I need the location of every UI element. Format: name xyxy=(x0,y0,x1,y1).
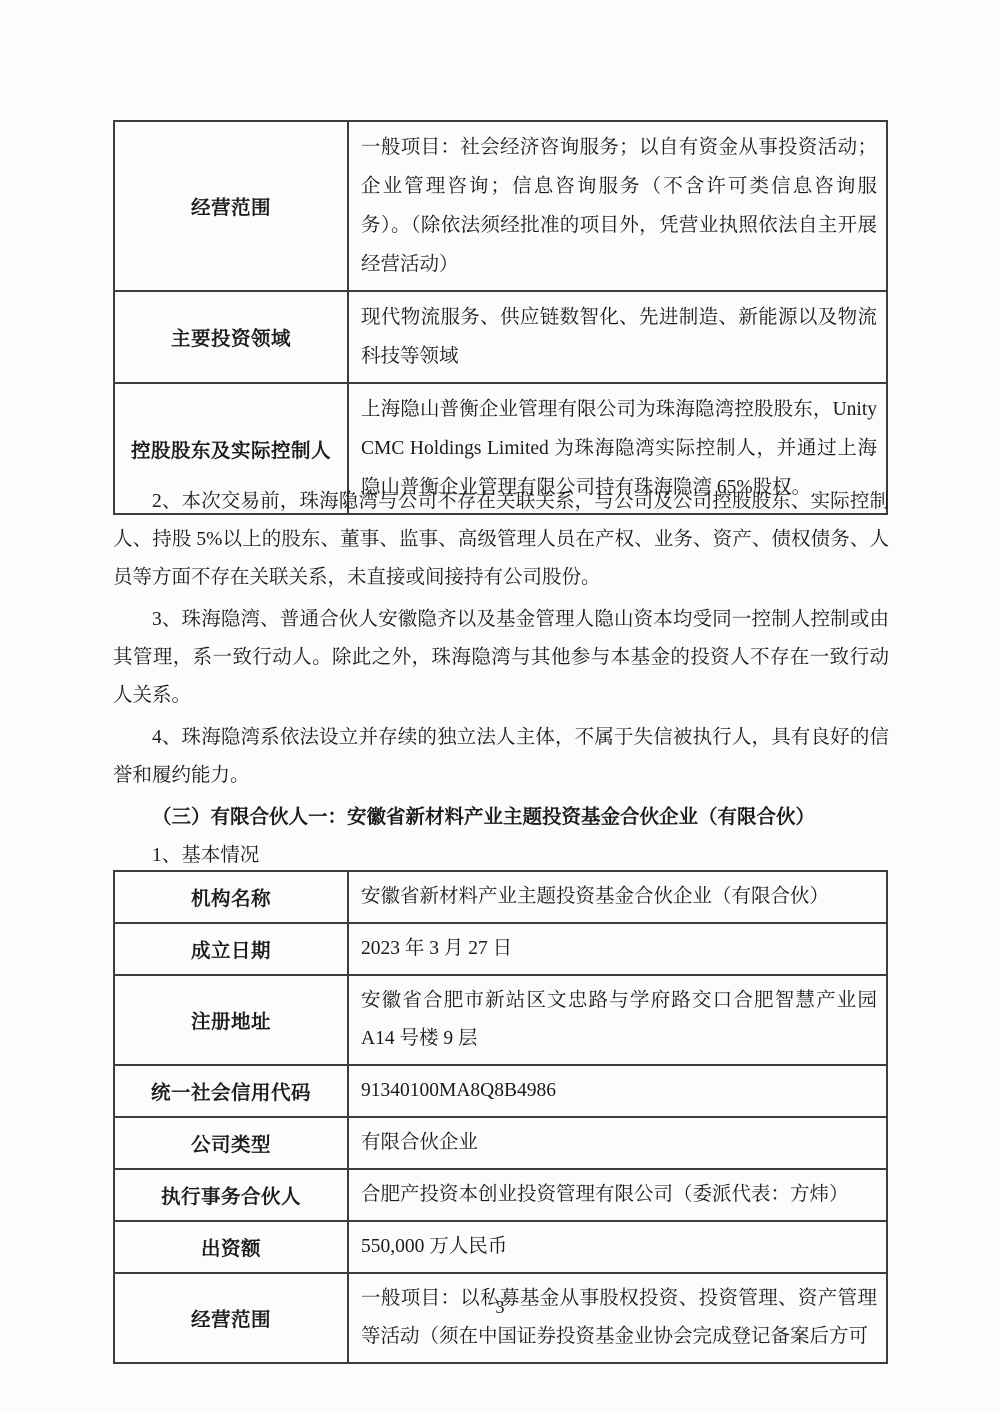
table-row: 注册地址 安徽省合肥市新站区文忠路与学府路交口合肥智慧产业园 A14 号楼 9 … xyxy=(114,975,887,1065)
row-value-establish-date: 2023 年 3 月 27 日 xyxy=(348,923,887,975)
counterparty-info-table: 经营范围 一般项目：社会经济咨询服务；以自有资金从事投资活动；企业管理咨询；信息… xyxy=(113,120,888,515)
row-value-credit-code: 91340100MA8Q8B4986 xyxy=(348,1065,887,1117)
page-number: 3 xyxy=(0,1297,1000,1318)
paragraph-3: 3、珠海隐湾、普通合伙人安徽隐齐以及基金管理人隐山资本均受同一控制人控制或由其管… xyxy=(113,601,889,715)
row-label-investment-field: 主要投资领域 xyxy=(114,291,348,383)
table-row: 主要投资领域 现代物流服务、供应链数智化、先进制造、新能源以及物流科技等领域 xyxy=(114,291,887,383)
row-value-company-type: 有限合伙企业 xyxy=(348,1117,887,1169)
row-label-credit-code: 统一社会信用代码 xyxy=(114,1065,348,1117)
table-row: 机构名称 安徽省新材料产业主题投资基金合伙企业（有限合伙） xyxy=(114,871,887,923)
row-label-business-scope: 经营范围 xyxy=(114,121,348,291)
section-heading-limited-partner-one: （三）有限合伙人一：安徽省新材料产业主题投资基金合伙企业（有限合伙） xyxy=(113,799,889,837)
paragraph-2: 2、本次交易前，珠海隐湾与公司不存在关联关系，与公司及公司控股股东、实际控制人、… xyxy=(113,483,889,597)
row-label-executive-partner: 执行事务合伙人 xyxy=(114,1169,348,1221)
table-row: 公司类型 有限合伙企业 xyxy=(114,1117,887,1169)
row-value-executive-partner: 合肥产投资本创业投资管理有限公司（委派代表：方炜） xyxy=(348,1169,887,1221)
row-value-registered-address: 安徽省合肥市新站区文忠路与学府路交口合肥智慧产业园 A14 号楼 9 层 xyxy=(348,975,887,1065)
row-label-institution-name: 机构名称 xyxy=(114,871,348,923)
row-value-capital-contribution: 550,000 万人民币 xyxy=(348,1221,887,1273)
row-label-establish-date: 成立日期 xyxy=(114,923,348,975)
table-row: 经营范围 一般项目：以私募基金从事股权投资、投资管理、资产管理等活动（须在中国证… xyxy=(114,1273,887,1363)
table-row: 统一社会信用代码 91340100MA8Q8B4986 xyxy=(114,1065,887,1117)
paragraph-4: 4、珠海隐湾系依法设立并存续的独立法人主体，不属于失信被执行人，具有良好的信誉和… xyxy=(113,719,889,795)
row-value-investment-field: 现代物流服务、供应链数智化、先进制造、新能源以及物流科技等领域 xyxy=(348,291,887,383)
row-label-registered-address: 注册地址 xyxy=(114,975,348,1065)
row-label-company-type: 公司类型 xyxy=(114,1117,348,1169)
table-row: 出资额 550,000 万人民币 xyxy=(114,1221,887,1273)
limited-partner-info-table: 机构名称 安徽省新材料产业主题投资基金合伙企业（有限合伙） 成立日期 2023 … xyxy=(113,870,888,1364)
row-value-institution-name: 安徽省新材料产业主题投资基金合伙企业（有限合伙） xyxy=(348,871,887,923)
row-label-business-scope: 经营范围 xyxy=(114,1273,348,1363)
document-page: 经营范围 一般项目：社会经济咨询服务；以自有资金从事投资活动；企业管理咨询；信息… xyxy=(0,0,1000,1414)
table-row: 成立日期 2023 年 3 月 27 日 xyxy=(114,923,887,975)
row-value-business-scope: 一般项目：社会经济咨询服务；以自有资金从事投资活动；企业管理咨询；信息咨询服务（… xyxy=(348,121,887,291)
table-row: 执行事务合伙人 合肥产投资本创业投资管理有限公司（委派代表：方炜） xyxy=(114,1169,887,1221)
row-label-capital-contribution: 出资额 xyxy=(114,1221,348,1273)
table-row: 经营范围 一般项目：社会经济咨询服务；以自有资金从事投资活动；企业管理咨询；信息… xyxy=(114,121,887,291)
body-text: 2、本次交易前，珠海隐湾与公司不存在关联关系，与公司及公司控股股东、实际控制人、… xyxy=(113,483,889,875)
row-value-business-scope: 一般项目：以私募基金从事股权投资、投资管理、资产管理等活动（须在中国证券投资基金… xyxy=(348,1273,887,1363)
